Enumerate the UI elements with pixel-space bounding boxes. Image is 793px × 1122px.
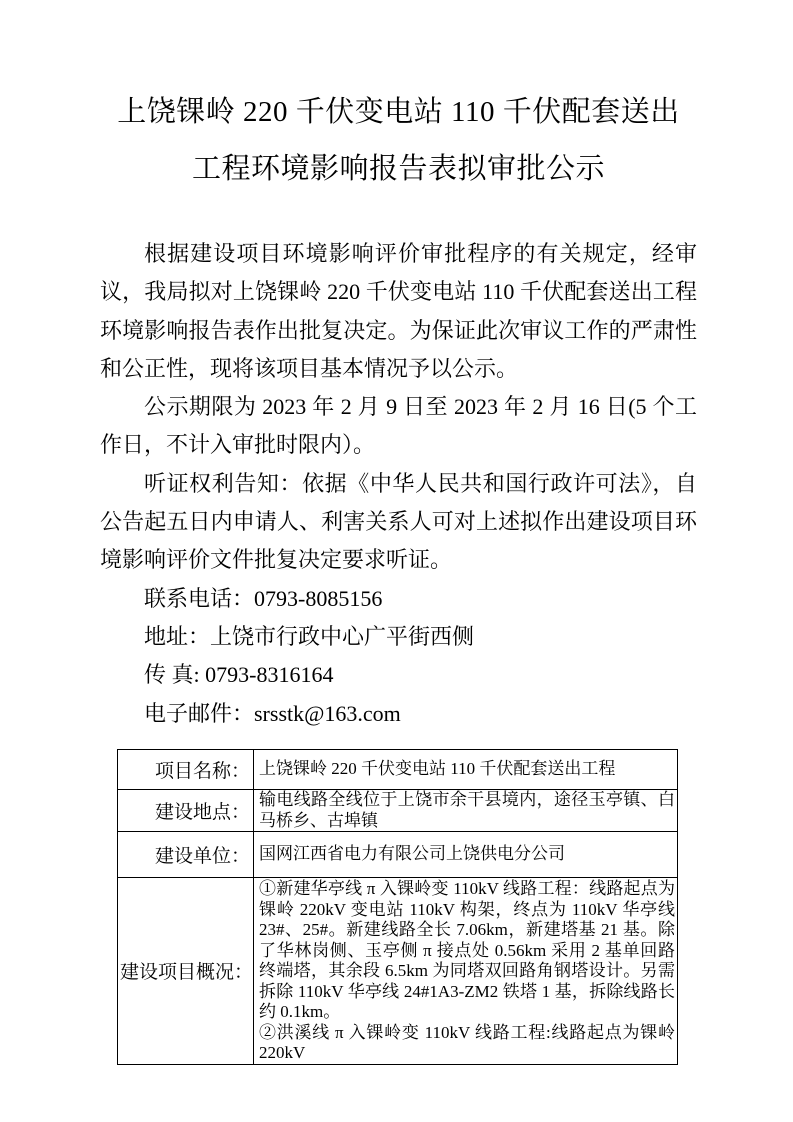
row-value-project-overview: ①新建华亭线 π 入锞岭变 110kV 线路工程：线路起点为锞岭 220kV 变… [254, 878, 678, 1065]
paragraph-publicity-period: 公示期限为 2023 年 2 月 9 日至 2023 年 2 月 16 日(5 … [100, 388, 697, 465]
document-title-line-2: 工程环境影响报告表拟审批公示 [100, 141, 697, 198]
paragraph-basis: 根据建设项目环境影响评价审批程序的有关规定，经审议，我局拟对上饶锞岭 220 千… [100, 235, 697, 388]
table-row-construction-site: 建设地点： 输电线路全线位于上饶市余干县境内，途径玉亭镇、白马桥乡、古埠镇 [118, 790, 678, 832]
row-value-construction-site: 输电线路全线位于上饶市余干县境内，途径玉亭镇、白马桥乡、古埠镇 [254, 790, 678, 832]
row-value-project-name: 上饶锞岭 220 千伏变电站 110 千伏配套送出工程 [254, 750, 678, 790]
document-title: 上饶锞岭 220 千伏变电站 110 千伏配套送出 工程环境影响报告表拟审批公示 [100, 0, 697, 198]
table-row-construction-unit: 建设单位： 国网江西省电力有限公司上饶供电分公司 [118, 832, 678, 878]
contact-fax-line: 传 真: 0793-8316164 [100, 656, 697, 694]
table-row-project-overview: 建设项目概况： ①新建华亭线 π 入锞岭变 110kV 线路工程：线路起点为锞岭… [118, 878, 678, 1065]
overview-item-2: ②洪溪线 π 入锞岭变 110kV 线路工程:线路起点为锞岭 220kV [259, 1023, 675, 1064]
document-content: 上饶锞岭 220 千伏变电站 110 千伏配套送出 工程环境影响报告表拟审批公示… [100, 0, 697, 733]
row-label-project-name: 项目名称： [118, 750, 254, 790]
document-page: 上饶锞岭 220 千伏变电站 110 千伏配套送出 工程环境影响报告表拟审批公示… [0, 0, 793, 1122]
project-info-table: 项目名称： 上饶锞岭 220 千伏变电站 110 千伏配套送出工程 建设地点： … [117, 749, 678, 1065]
overview-item-1: ①新建华亭线 π 入锞岭变 110kV 线路工程：线路起点为锞岭 220kV 变… [259, 879, 675, 1023]
contact-phone-line: 联系电话：0793-8085156 [100, 580, 697, 618]
row-label-project-overview: 建设项目概况： [118, 878, 254, 1065]
contact-email-line: 电子邮件：srsstk@163.com [100, 695, 697, 733]
paragraph-hearing-rights: 听证权利告知：依据《中华人民共和国行政许可法》，自公告起五日内申请人、利害关系人… [100, 465, 697, 580]
document-title-line-1: 上饶锞岭 220 千伏变电站 110 千伏配套送出 [100, 84, 697, 141]
row-value-construction-unit: 国网江西省电力有限公司上饶供电分公司 [254, 832, 678, 878]
row-label-construction-site: 建设地点： [118, 790, 254, 832]
row-label-construction-unit: 建设单位： [118, 832, 254, 878]
document-body: 根据建设项目环境影响评价审批程序的有关规定，经审议，我局拟对上饶锞岭 220 千… [100, 235, 697, 733]
table-row-project-name: 项目名称： 上饶锞岭 220 千伏变电站 110 千伏配套送出工程 [118, 750, 678, 790]
contact-address-line: 地址：上饶市行政中心广平街西侧 [100, 618, 697, 656]
